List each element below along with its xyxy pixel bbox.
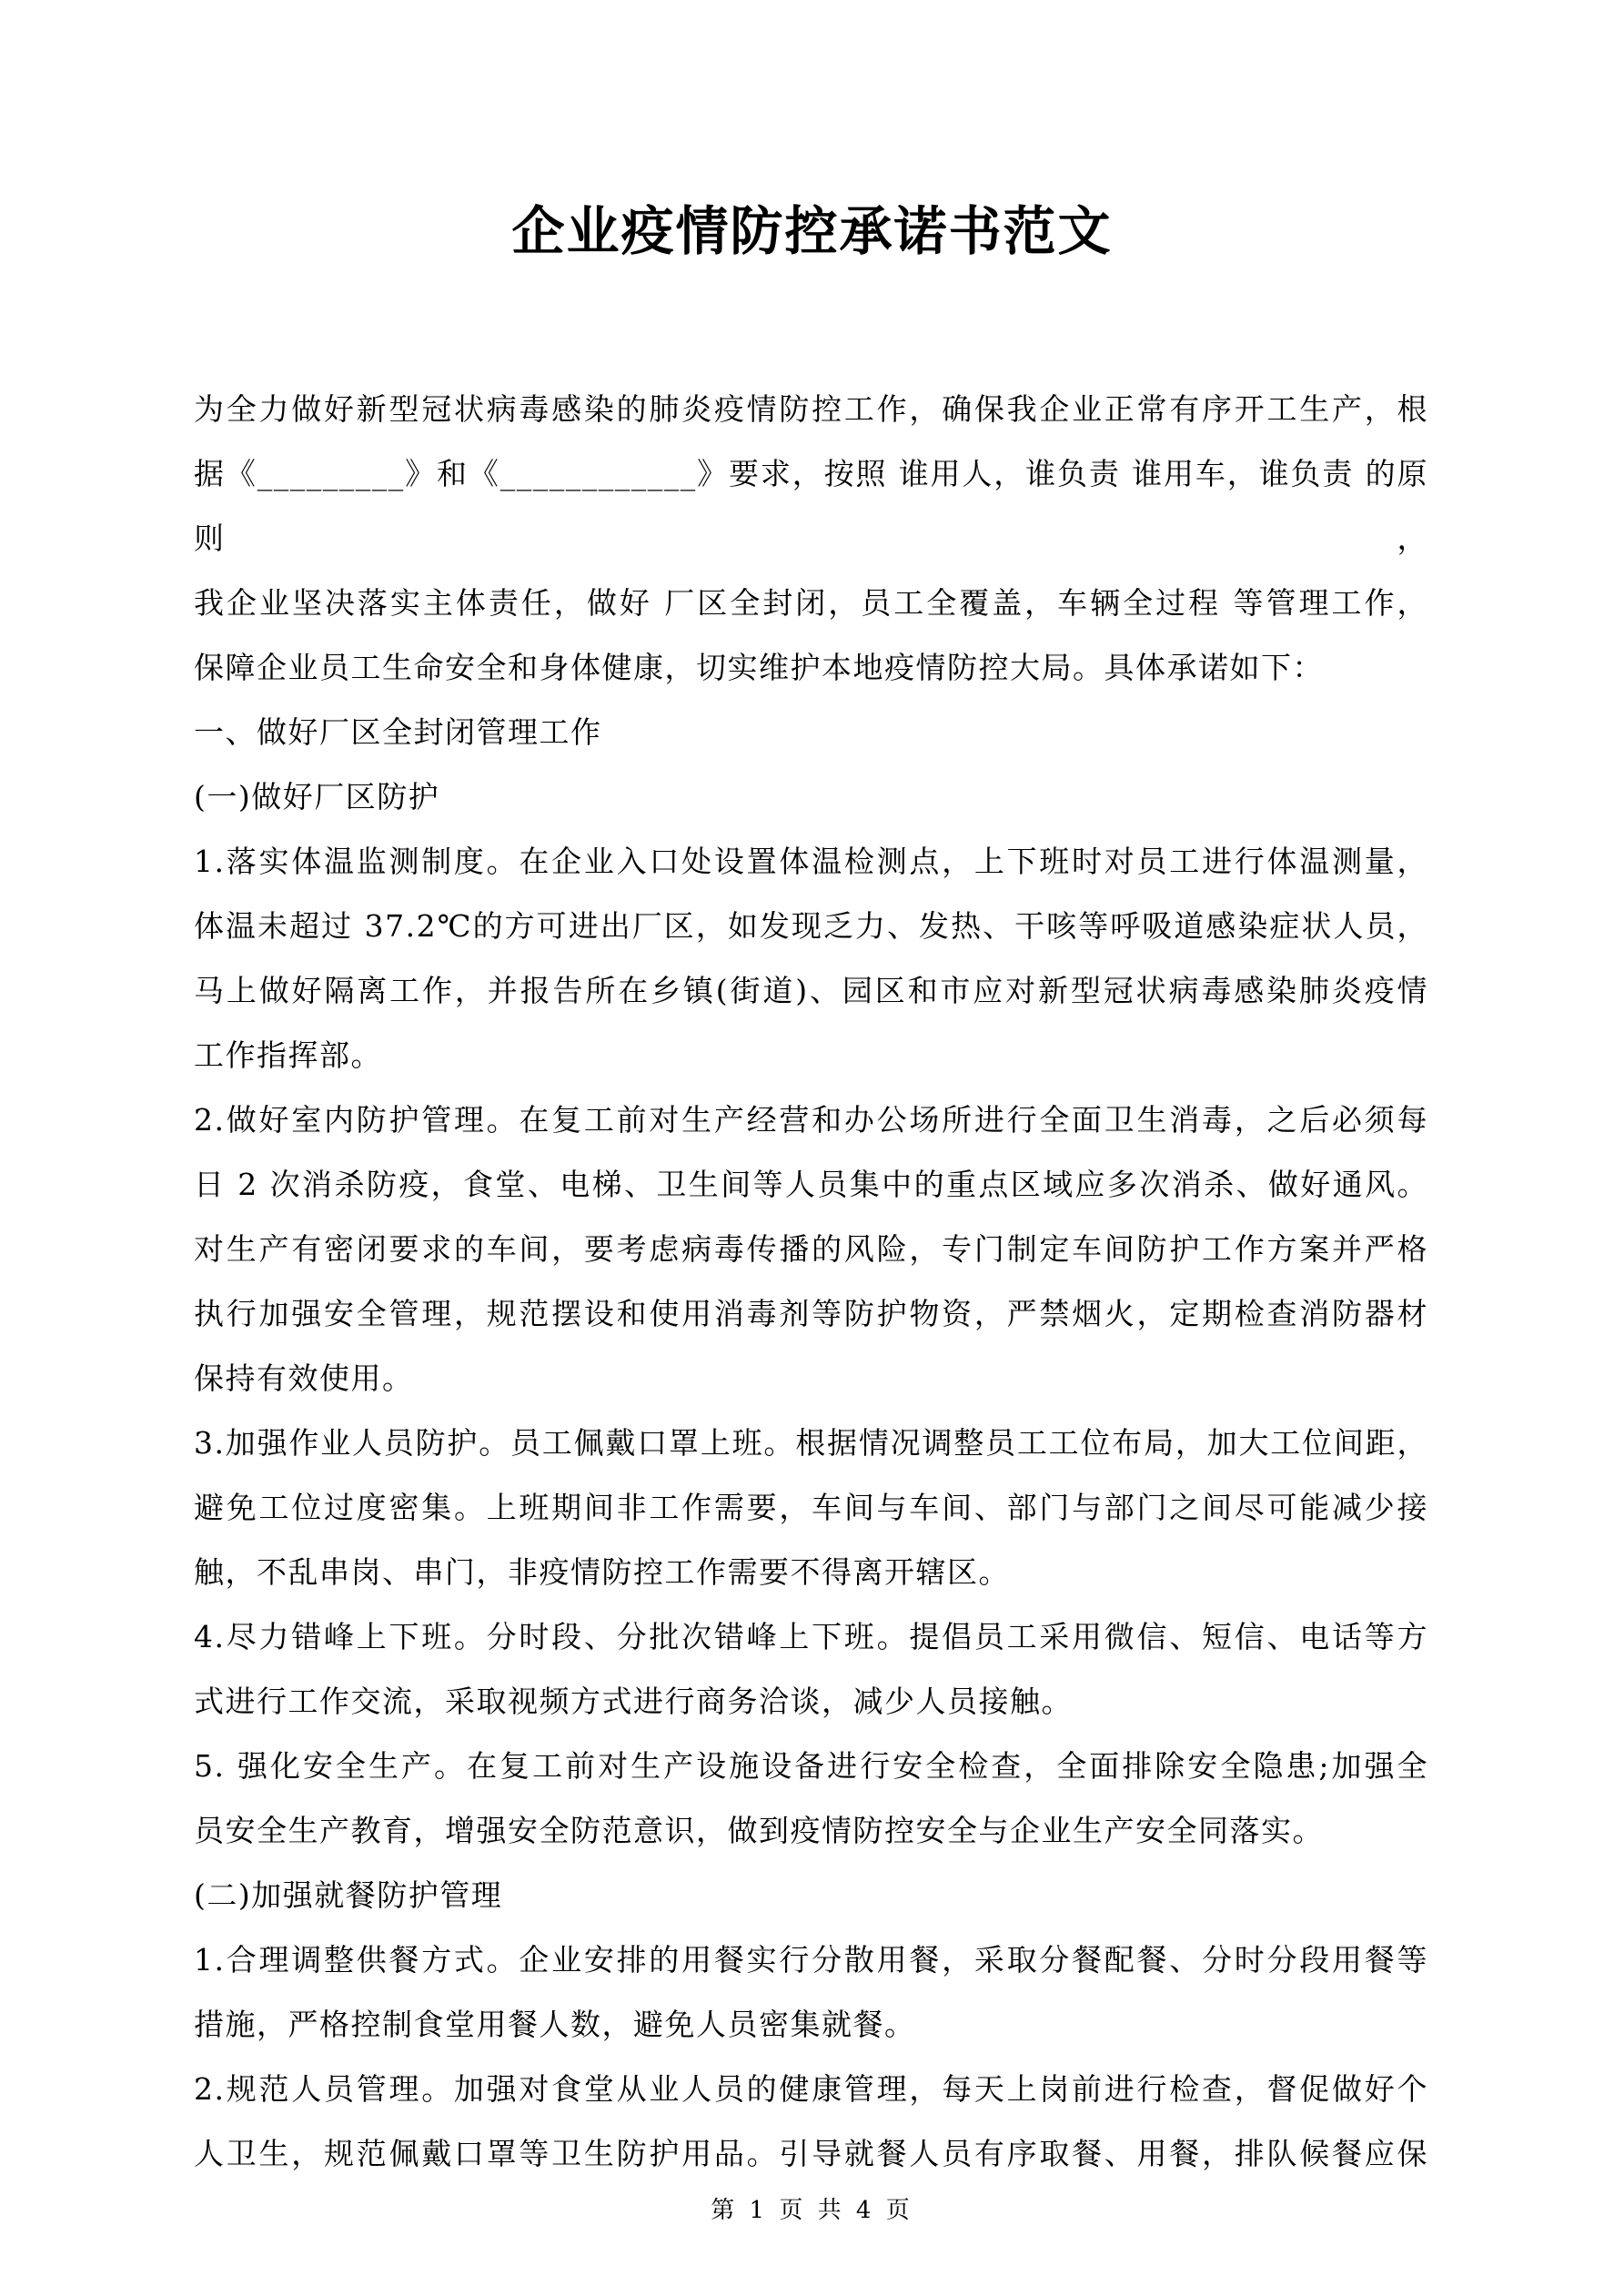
document-body: 为全力做好新型冠状病毒感染的肺炎疫情防控工作，确保我企业正常有序开工生产，根据《… (194, 377, 1428, 2186)
document-line: 3.加强作业人员防护。员工佩戴口罩上班。根据情况调整员工工位布局，加大工位间距， (194, 1411, 1428, 1475)
document-line: 2.规范人员管理。加强对食堂从业人员的健康管理，每天上岗前进行检查，督促做好个 (194, 2057, 1428, 2121)
document-line: 据《_________》和《____________》要求，按照 谁用人，谁负责… (194, 441, 1428, 571)
document-line: 日 2 次消杀防疫，食堂、电梯、卫生间等人员集中的重点区域应多次消杀、做好通风。 (194, 1152, 1428, 1217)
document-line: 一、做好厂区全封闭管理工作 (194, 700, 1428, 764)
document-line: 5. 强化安全生产。在复工前对生产设施设备进行安全检查，全面排除安全隐患;加强全 (194, 1734, 1428, 1798)
document-line: 式进行工作交流，采取视频方式进行商务洽谈，减少人员接触。 (194, 1669, 1428, 1734)
document-line: 我企业坚决落实主体责任，做好 厂区全封闭，员工全覆盖，车辆全过程 等管理工作， (194, 571, 1428, 635)
document-line: 对生产有密闭要求的车间，要考虑病毒传播的风险，专门制定车间防护工作方案并严格 (194, 1217, 1428, 1281)
document-line: 1.落实体温监测制度。在企业入口处设置体温检测点，上下班时对员工进行体温测量， (194, 829, 1428, 894)
document-line: 保障企业员工生命安全和身体健康，切实维护本地疫情防控大局。具体承诺如下： (194, 635, 1428, 700)
document-line: 执行加强安全管理，规范摆设和使用消毒剂等防护物资，严禁烟火，定期检查消防器材 (194, 1281, 1428, 1346)
page-number-footer: 第 1 页 共 4 页 (0, 2197, 1624, 2224)
document-line: 员安全生产教育，增强安全防范意识，做到疫情防控安全与企业生产安全同落实。 (194, 1798, 1428, 1863)
document-line: 马上做好隔离工作，并报告所在乡镇(街道)、园区和市应对新型冠状病毒感染肺炎疫情 (194, 958, 1428, 1023)
document-line: 1.合理调整供餐方式。企业安排的用餐实行分散用餐，采取分餐配餐、分时分段用餐等 (194, 1927, 1428, 1992)
document-line: 体温未超过 37.2℃的方可进出厂区，如发现乏力、发热、干咳等呼吸道感染症状人员… (194, 894, 1428, 958)
document-line: 4.尽力错峰上下班。分时段、分批次错峰上下班。提倡员工采用微信、短信、电话等方 (194, 1604, 1428, 1669)
document-line: 2.做好室内防护管理。在复工前对生产经营和办公场所进行全面卫生消毒，之后必须每 (194, 1087, 1428, 1152)
document-line: 措施，严格控制食堂用餐人数，避免人员密集就餐。 (194, 1992, 1428, 2057)
document-line: 工作指挥部。 (194, 1023, 1428, 1087)
document-line: (二)加强就餐防护管理 (194, 1863, 1428, 1927)
document-line: (一)做好厂区防护 (194, 764, 1428, 829)
document-page: 企业疫情防控承诺书范文 为全力做好新型冠状病毒感染的肺炎疫情防控工作，确保我企业… (0, 0, 1624, 2296)
document-title: 企业疫情防控承诺书范文 (0, 0, 1624, 259)
document-line: 保持有效使用。 (194, 1346, 1428, 1411)
document-line: 为全力做好新型冠状病毒感染的肺炎疫情防控工作，确保我企业正常有序开工生产，根 (194, 377, 1428, 441)
document-line: 触，不乱串岗、串门，非疫情防控工作需要不得离开辖区。 (194, 1540, 1428, 1604)
document-line: 避免工位过度密集。上班期间非工作需要，车间与车间、部门与部门之间尽可能减少接 (194, 1475, 1428, 1540)
document-line: 人卫生，规范佩戴口罩等卫生防护用品。引导就餐人员有序取餐、用餐，排队候餐应保 (194, 2121, 1428, 2186)
